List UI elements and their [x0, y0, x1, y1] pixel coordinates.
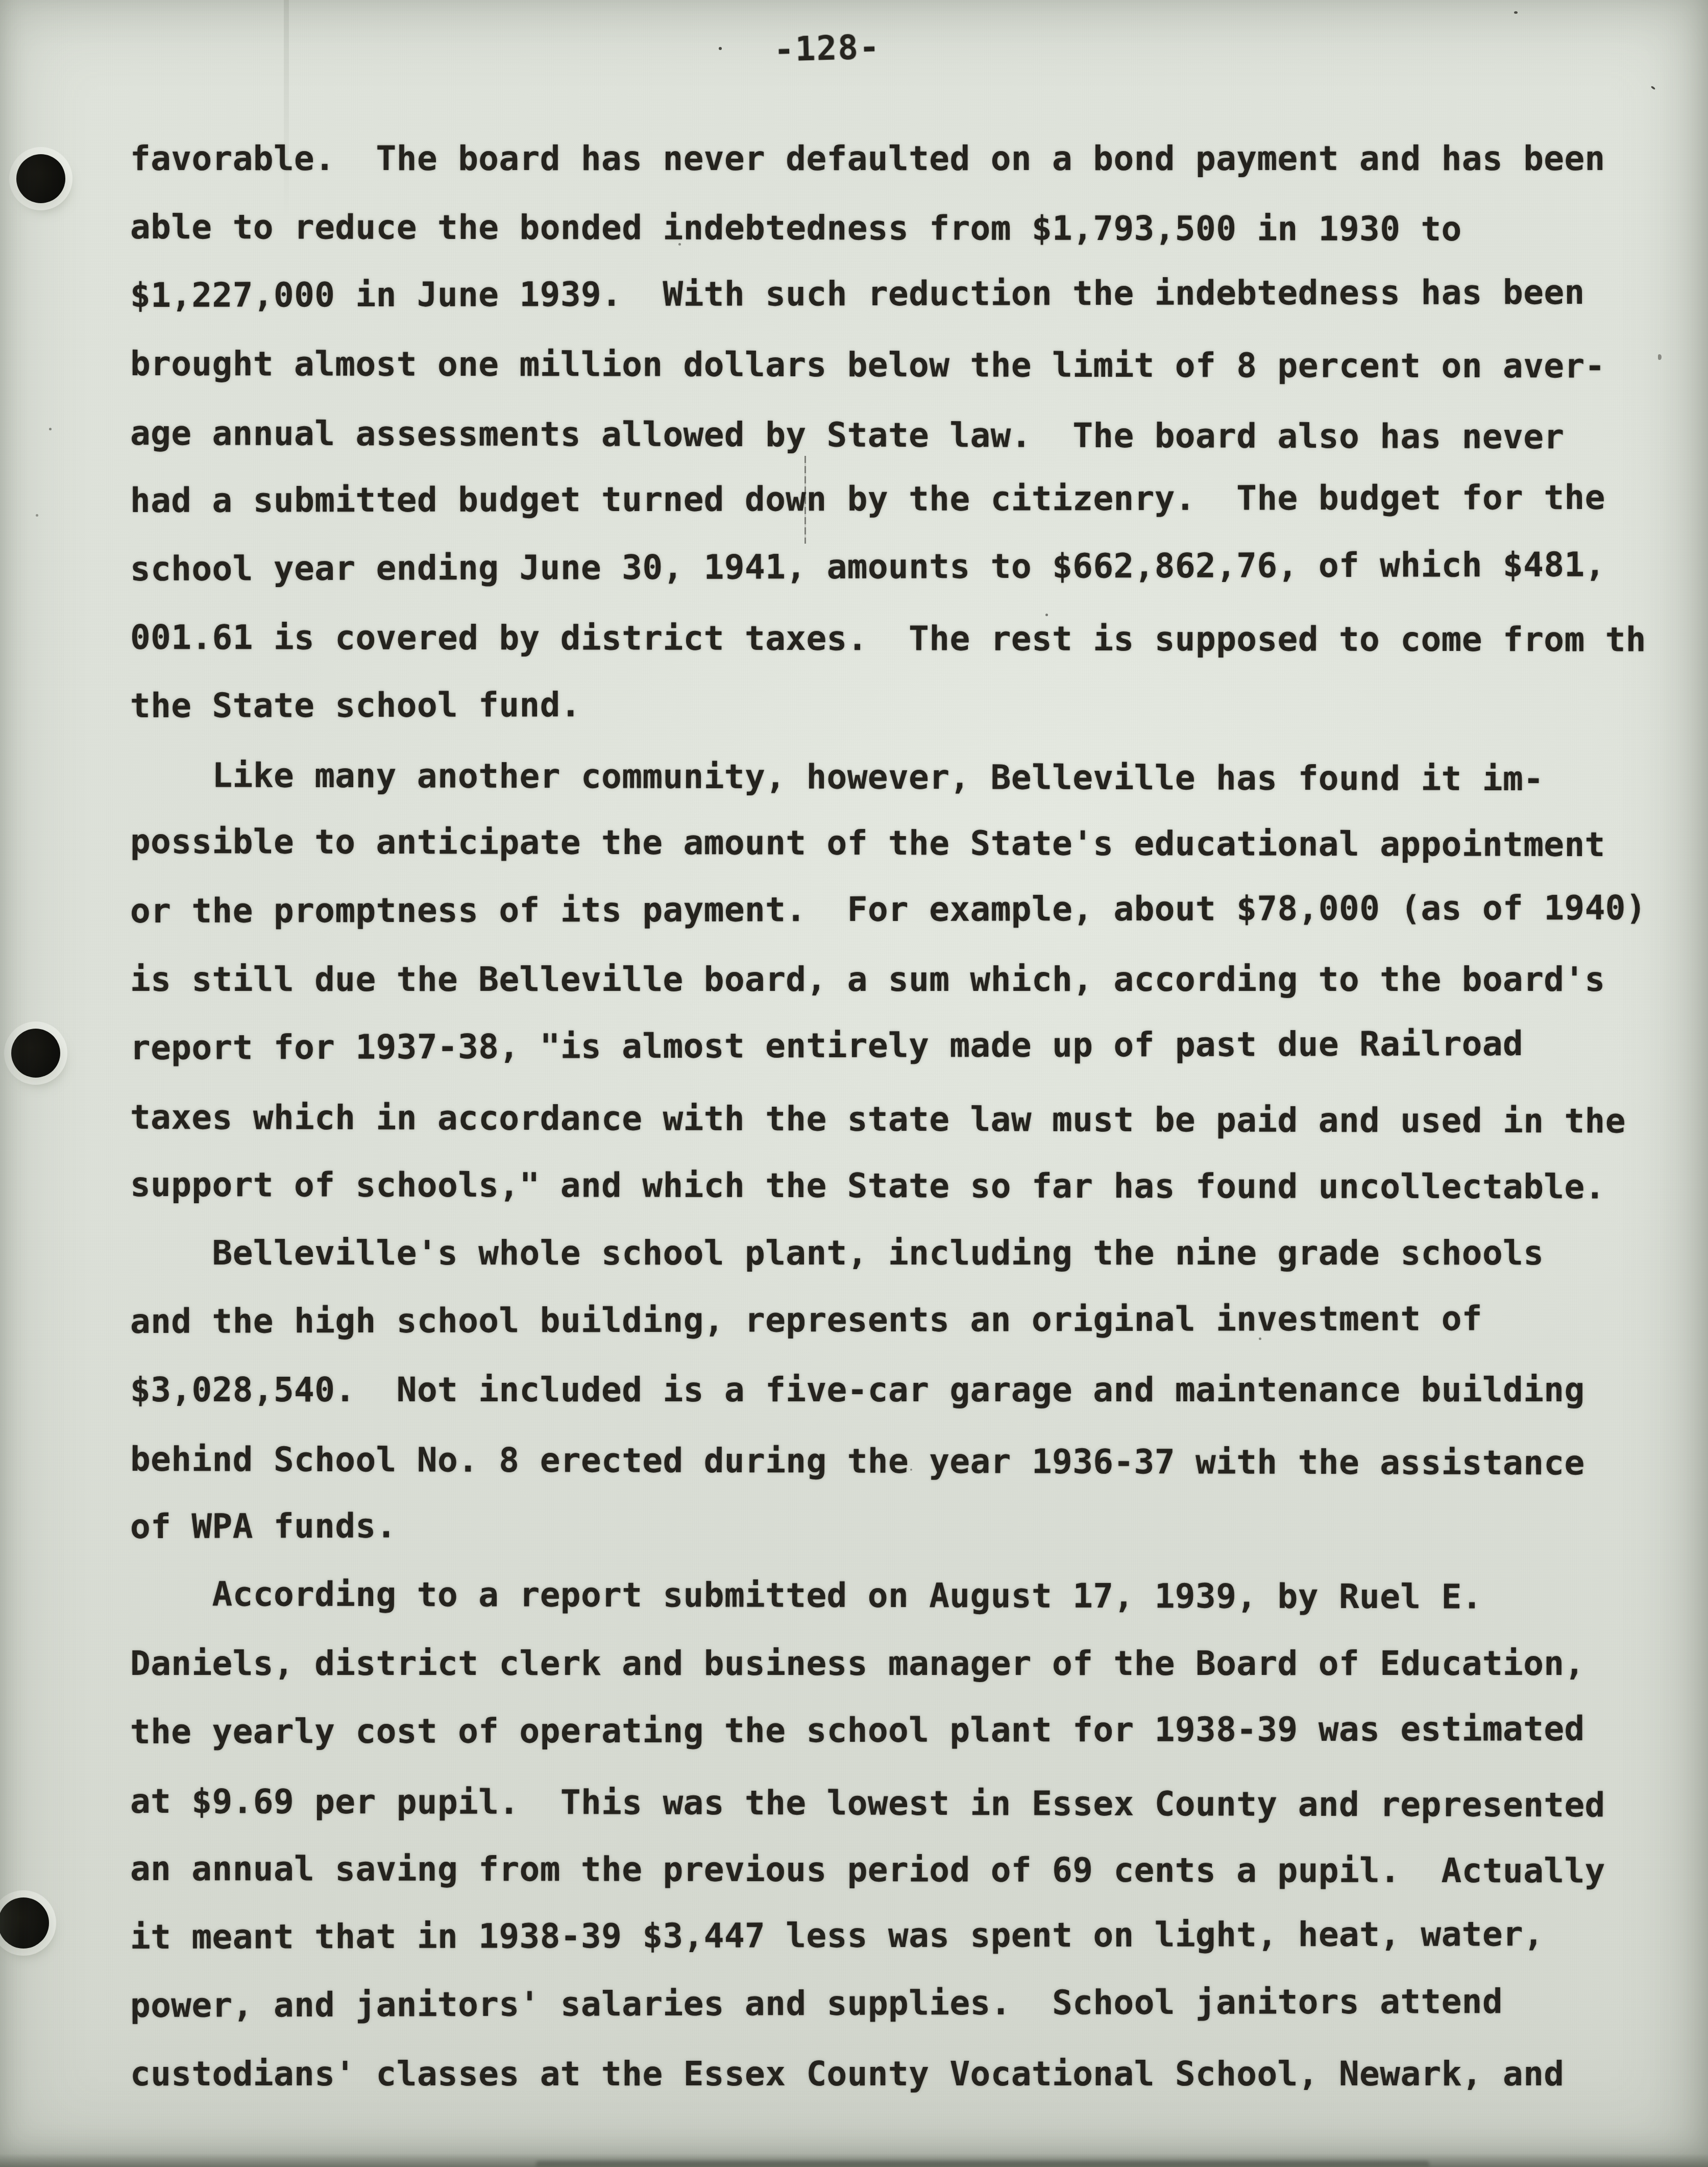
punch-hole-middle — [11, 1029, 60, 1078]
text-line: Daniels, district clerk and business man… — [130, 1629, 1646, 1698]
text-line: able to reduce the bonded indebtedness f… — [130, 193, 1646, 264]
ink-speck — [1259, 1337, 1261, 1340]
ink-speck — [719, 47, 722, 50]
text-line: $3,028,540. Not included is a five-car g… — [130, 1356, 1646, 1424]
text-line: or the promptness of its payment. For ex… — [130, 874, 1646, 945]
text-line: 001.61 is covered by district taxes. The… — [130, 603, 1646, 674]
text-line: power, and janitors' salaries and suppli… — [130, 1967, 1646, 2040]
text-line: brought almost one million dollars below… — [130, 330, 1646, 401]
punch-hole-bottom — [0, 1897, 49, 1949]
ink-speck — [1514, 11, 1518, 14]
text-line: the State school fund. — [130, 669, 1646, 740]
page-bottom-edge — [536, 2161, 1429, 2167]
text-line: at $9.69 per pupil. This was the lowest … — [130, 1767, 1646, 1840]
text-line: report for 1937-38, "is almost entirely … — [130, 1009, 1646, 1082]
ink-speck — [1651, 86, 1656, 90]
text-line: age annual assessments allowed by State … — [130, 399, 1646, 472]
text-line: the yearly cost of operating the school … — [130, 1695, 1646, 1766]
typed-text-block: favorable. The board has never defaulted… — [130, 125, 1646, 2108]
text-line: support of schools," and which the State… — [130, 1151, 1646, 1222]
ink-speck — [36, 514, 38, 517]
text-line: is still due the Belleville board, a sum… — [130, 945, 1646, 1014]
ink-speck — [910, 1469, 912, 1471]
text-line: Like many another community, however, Be… — [130, 741, 1646, 814]
scan-artifact-vertical-line — [804, 456, 806, 544]
scanned-page: -128- favorable. The board has never def… — [0, 0, 1708, 2167]
text-line: Belleville's whole school plant, includi… — [130, 1219, 1646, 1287]
text-line: $1,227,000 in June 1939. With such reduc… — [130, 258, 1646, 330]
text-line: favorable. The board has never defaulted… — [130, 125, 1646, 193]
ink-speck — [1045, 614, 1048, 616]
scan-streak — [284, 0, 289, 220]
ink-speck — [1658, 354, 1662, 360]
page-number: -128- — [773, 27, 881, 69]
ink-speck — [678, 243, 681, 246]
text-line: possible to anticipate the amount of the… — [130, 808, 1646, 879]
text-line: and the high school building, represents… — [130, 1284, 1646, 1356]
text-line: school year ending June 30, 1941, amount… — [130, 530, 1646, 603]
text-line: of WPA funds. — [130, 1488, 1646, 1561]
text-line: behind School No. 8 erected during the y… — [130, 1425, 1646, 1498]
text-line: According to a report submitted on Augus… — [130, 1560, 1646, 1632]
ink-speck — [49, 428, 52, 430]
punch-hole-top — [16, 154, 65, 203]
text-line: it meant that in 1938-39 $3,447 less was… — [130, 1900, 1646, 1971]
text-line: an annual saving from the previous perio… — [130, 1835, 1646, 1906]
text-line: taxes which in accordance with the state… — [130, 1083, 1646, 1156]
text-line: custodians' classes at the Essex County … — [130, 2040, 1646, 2108]
ink-speck — [378, 1738, 380, 1740]
text-line: had a submitted budget turned down by th… — [130, 464, 1646, 535]
